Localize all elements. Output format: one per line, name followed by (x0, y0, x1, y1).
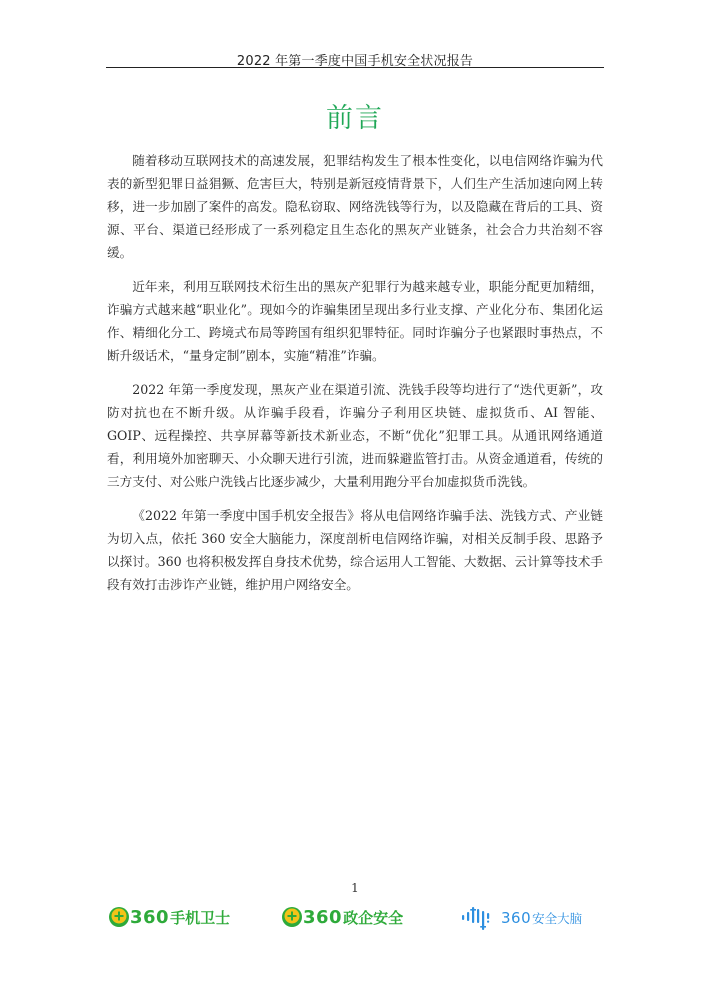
footer-logos: 360手机卫士 360政企安全 (106, 904, 606, 930)
sound-wave-icon (461, 904, 501, 930)
logo-name: 安全大脑 (532, 911, 582, 926)
logo-number: 360 (303, 907, 342, 928)
header-divider (106, 67, 604, 68)
360-plus-circle-icon (281, 906, 303, 928)
logo-360-security-brain: 360安全大脑 (461, 904, 582, 930)
logo-name: 政企安全 (343, 909, 403, 927)
360-plus-circle-icon (108, 906, 130, 928)
page-title: 前言 (0, 96, 710, 135)
paragraph-1: 随着移动互联网技术的高速发展，犯罪结构发生了根本性变化，以电信网络诈骗为代表的新… (107, 149, 603, 264)
logo-name: 手机卫士 (170, 909, 230, 927)
logo-360-enterprise-security: 360政企安全 (281, 904, 403, 930)
logo-number: 360 (130, 907, 169, 928)
logo-number: 360 (501, 909, 531, 927)
paragraph-2: 近年来，利用互联网技术衍生出的黑灰产犯罪行为越来越专业，职能分配更加精细，诈骗方… (107, 275, 603, 367)
paragraph-4: 《2022 年第一季度中国手机安全报告》将从电信网络诈骗手法、洗钱方式、产业链为… (107, 504, 603, 596)
paragraph-3: 2022 年第一季度发现，黑灰产业在渠道引流、洗钱手段等均进行了“迭代更新”，攻… (107, 378, 603, 493)
page-number: 1 (0, 881, 710, 895)
body-text: 随着移动互联网技术的高速发展，犯罪结构发生了根本性变化，以电信网络诈骗为代表的新… (107, 149, 603, 607)
logo-360-mobile-guard: 360手机卫士 (108, 904, 230, 930)
